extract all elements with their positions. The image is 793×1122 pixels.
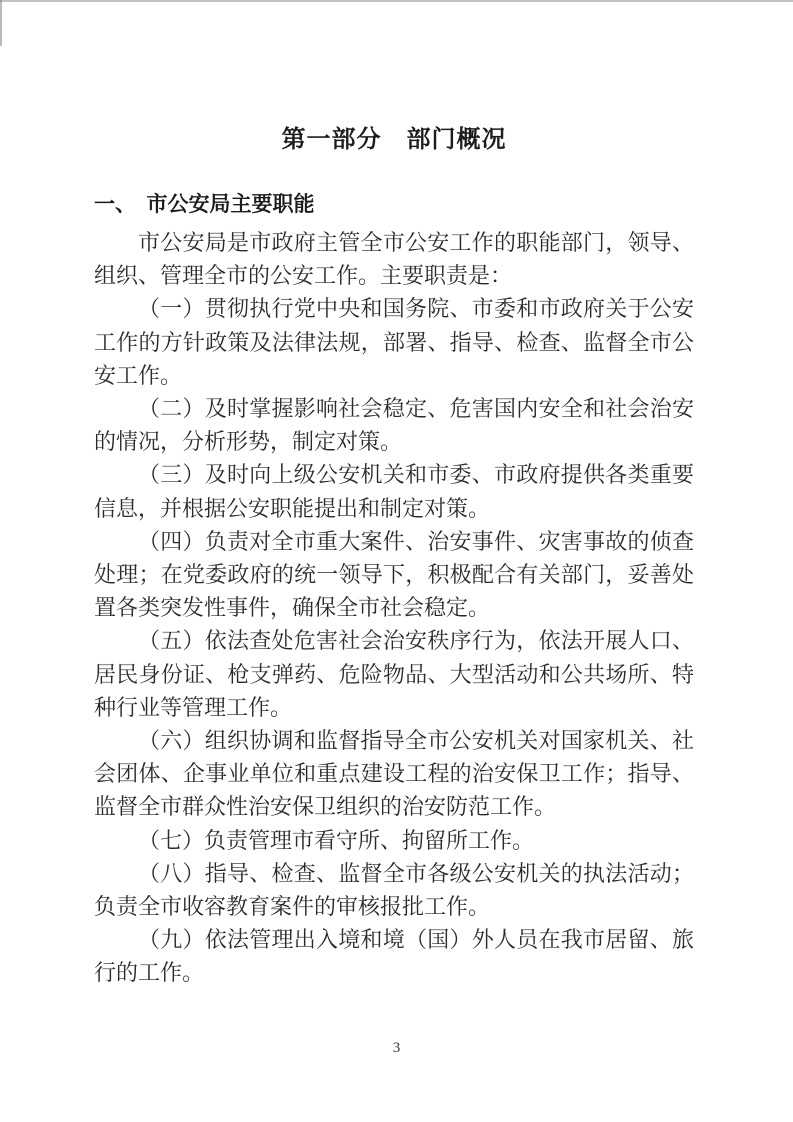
section-heading: 一、 市公安局主要职能 <box>94 190 694 220</box>
document-page: 第一部分 部门概况 一、 市公安局主要职能 市公安局是市政府主管全市公安工作的职… <box>0 0 793 1122</box>
body-paragraph: （三）及时向上级公安机关和市委、市政府提供各类重要信息，并根据公安职能提出和制定… <box>94 458 694 524</box>
page-content: 第一部分 部门概况 一、 市公安局主要职能 市公安局是市政府主管全市公安工作的职… <box>94 0 694 990</box>
body-text: 市公安局是市政府主管全市公安工作的职能部门，领导、组织、管理全市的公安工作。主要… <box>94 226 694 990</box>
body-paragraph: （九）依法管理出入境和境（国）外人员在我市居留、旅行的工作。 <box>94 923 694 989</box>
body-paragraph: （五）依法查处危害社会治安秩序行为，依法开展人口、居民身份证、枪支弹药、危险物品… <box>94 624 694 724</box>
document-title: 第一部分 部门概况 <box>94 0 694 158</box>
body-paragraph: （八）指导、检查、监督全市各级公安机关的执法活动；负责全市收容教育案件的审核报批… <box>94 857 694 923</box>
scan-edge-left <box>0 0 2 46</box>
body-paragraph: （七）负责管理市看守所、拘留所工作。 <box>94 824 694 857</box>
body-paragraph: 市公安局是市政府主管全市公安工作的职能部门，领导、组织、管理全市的公安工作。主要… <box>94 226 694 292</box>
page-number: 3 <box>0 1038 793 1058</box>
body-paragraph: （二）及时掌握影响社会稳定、危害国内安全和社会治安的情况，分析形势，制定对策。 <box>94 392 694 458</box>
body-paragraph: （六）组织协调和监督指导全市公安机关对国家机关、社会团体、企事业单位和重点建设工… <box>94 724 694 824</box>
body-paragraph: （一）贯彻执行党中央和国务院、市委和市政府关于公安工作的方针政策及法律法规，部署… <box>94 292 694 392</box>
body-paragraph: （四）负责对全市重大案件、治安事件、灾害事故的侦查处理；在党委政府的统一领导下，… <box>94 525 694 625</box>
